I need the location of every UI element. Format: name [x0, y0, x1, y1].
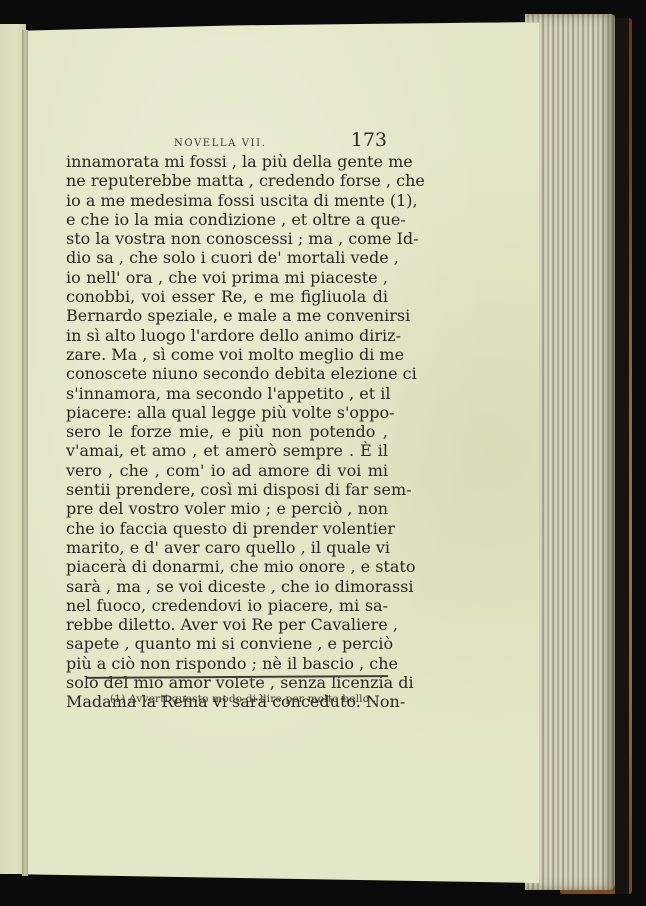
text-line: sapete , quanto mi si conviene , e perci…: [66, 634, 388, 653]
text-line: sto la vostra non conoscessi ; ma , come…: [66, 229, 388, 248]
book-scan: NOVELLA VII. 173 innamorata mi fossi , l…: [0, 0, 646, 906]
body-text: innamorata mi fossi , la più della gente…: [66, 152, 388, 712]
text-line: in sì alto luogo l'ardore dello animo di…: [66, 326, 388, 345]
text-line: Bernardo speziale, e male a me convenirs…: [66, 306, 388, 325]
text-line: zare. Ma , sì come voi molto meglio di m…: [66, 345, 388, 364]
text-line: pre del vostro voler mio ; e perciò , no…: [66, 499, 388, 518]
text-line: ne reputerebbe matta , credendo forse , …: [66, 171, 388, 190]
text-line: innamorata mi fossi , la più della gente…: [66, 152, 388, 171]
text-line: rebbe diletto. Aver voi Re per Cavaliere…: [66, 615, 388, 634]
text-line: più a ciò non rispondo ; nè il bascio , …: [66, 654, 388, 673]
footnote: (1) Avverti questo modo di dire per molt…: [110, 693, 376, 705]
text-line: marito, e d' aver caro quello , il quale…: [66, 538, 388, 557]
text-line: piacere: alla qual legge più volte s'opp…: [66, 403, 388, 422]
text-line: io nell' ora , che voi prima mi piaceste…: [66, 268, 388, 287]
text-line: vero , che , com' io ad amore di voi mi: [66, 461, 388, 480]
text-line: io a me medesima fossi uscita di mente (…: [66, 191, 388, 210]
text-line: sentii prendere, così mi disposi di far …: [66, 480, 388, 499]
text-line: conobbi, voi esser Re, e me figliuola di: [66, 287, 388, 306]
text-line: nel fuoco, credendovi io piacere, mi sa-: [66, 596, 388, 615]
text-line: dio sa , che solo i cuori de' mortali ve…: [66, 248, 388, 267]
text-line: piacerà di donarmi, che mio onore , e st…: [66, 557, 388, 576]
text-line: sarà , ma , se voi diceste , che io dimo…: [66, 577, 388, 596]
page-number: 173: [351, 129, 387, 151]
text-line: v'amai, et amo , et amerò sempre . È il: [66, 441, 388, 460]
text-line: sero le forze mie, e più non potendo ,: [66, 422, 388, 441]
text-line: che io faccia questo di prender volentie…: [66, 519, 388, 538]
running-head: NOVELLA VII.: [174, 138, 266, 149]
text-line: e che io la mia condizione , et oltre a …: [66, 210, 388, 229]
text-line: conoscete niuno secondo debita elezione …: [66, 364, 388, 383]
gutter: [22, 30, 28, 876]
text-line: s'innamora, ma secondo l'appetito , et i…: [66, 384, 388, 403]
